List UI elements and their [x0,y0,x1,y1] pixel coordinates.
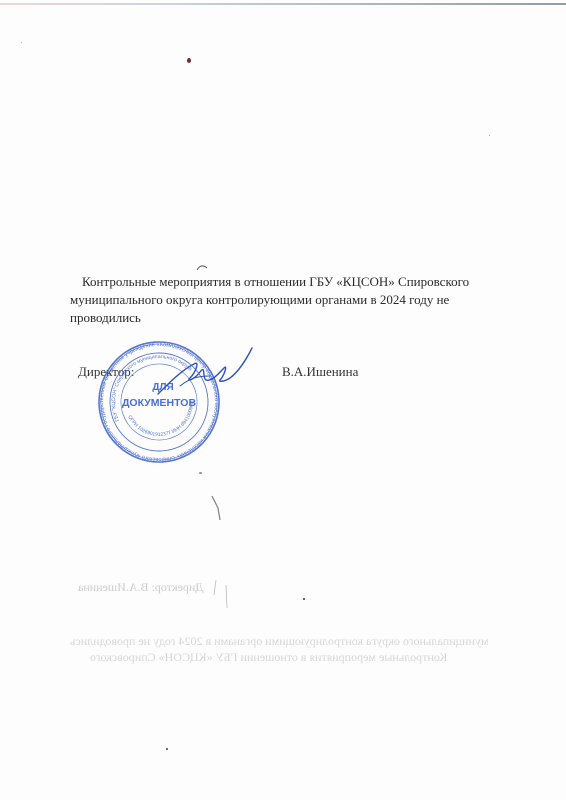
body-line-3: проводились [70,309,520,327]
bleed-through-line-3: Контрольные мероприятия в отношении ГБУ … [90,650,447,665]
scanner-edge-line [0,3,566,5]
ink-speck [166,748,168,750]
pen-stroke-mark [195,262,209,272]
pen-stroke-mark [208,490,228,610]
body-line-2: муниципального округа контролирующими ор… [70,291,520,309]
signer-name: В.А.Ишенина [282,364,358,380]
ink-speck [489,135,490,136]
ink-speck [303,598,305,600]
ink-speck [187,58,191,63]
document-body-text: Контрольные мероприятия в отношении ГБУ … [70,273,520,327]
ink-speck [21,42,22,43]
ink-speck [199,472,202,474]
handwritten-signature [150,342,260,412]
body-line-1: Контрольные мероприятия в отношении ГБУ … [70,273,520,291]
scanned-document-page: Контрольные мероприятия в отношении ГБУ … [0,0,566,800]
bleed-through-line-1: Директор: В.А.Ишенина [78,580,204,595]
bleed-through-line-2: муниципального округа контролирующими ор… [70,634,489,649]
